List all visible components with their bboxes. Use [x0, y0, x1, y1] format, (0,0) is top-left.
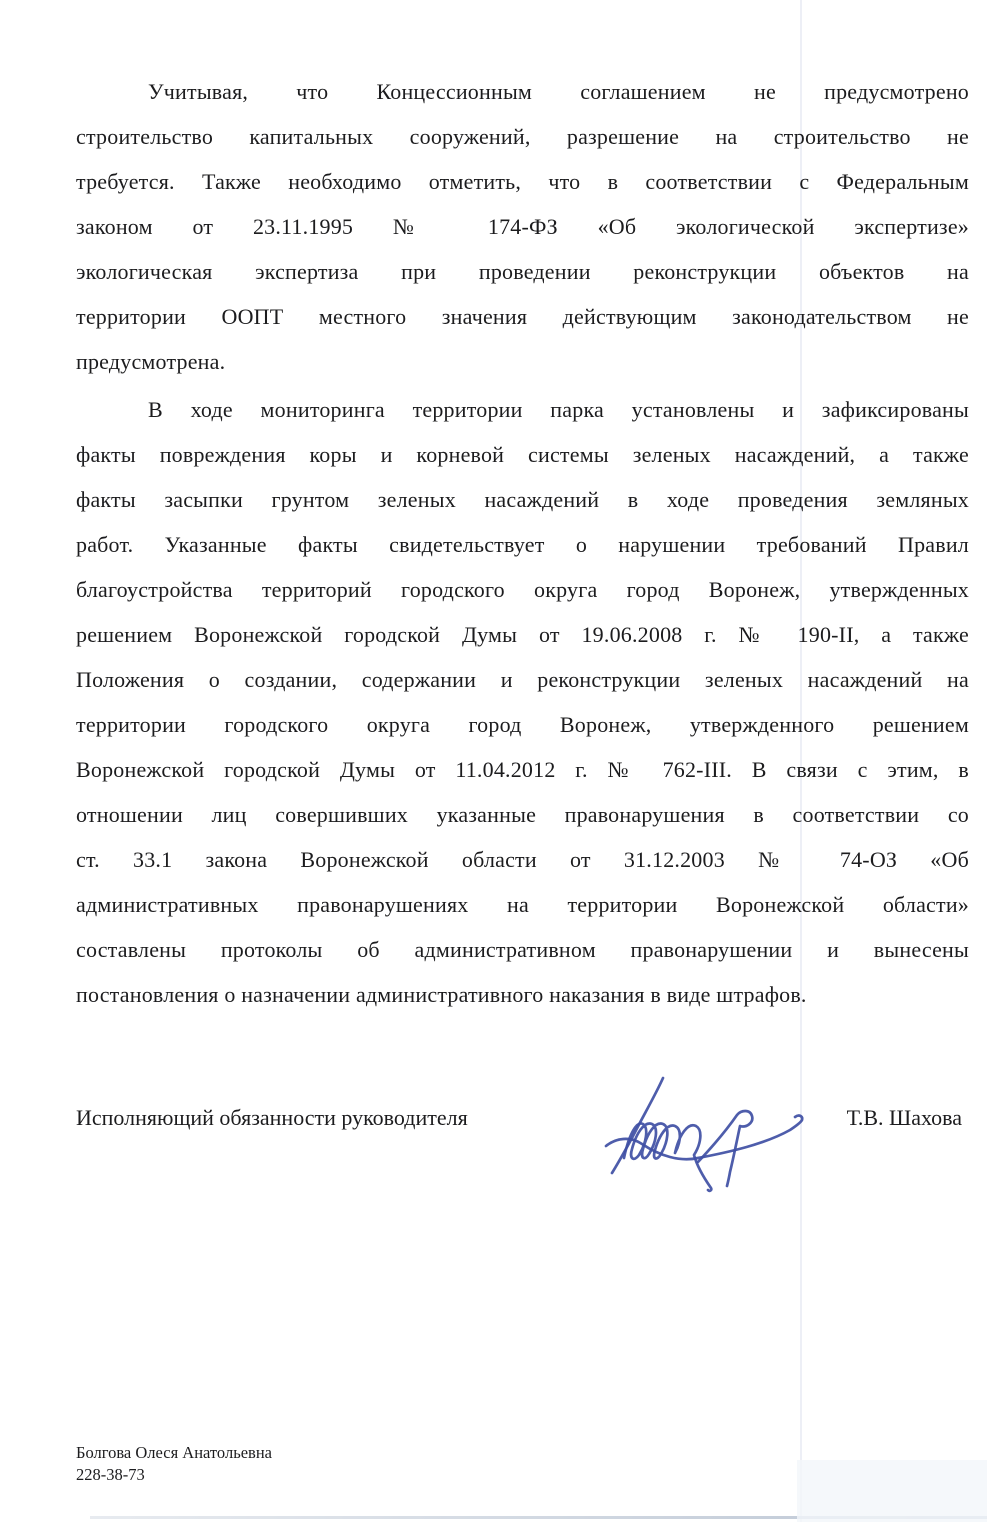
text-line: законом от 23.11.1995 № 174-ФЗ «Об эколо…: [76, 204, 969, 249]
scan-corner-tint: [797, 1460, 987, 1522]
text-line: Учитывая, что Концессионным соглашением …: [76, 69, 969, 114]
text-line: составлены протоколы об административном…: [76, 927, 969, 972]
text-line: административных правонарушениях на терр…: [76, 882, 969, 927]
text-line: решением Воронежской городской Думы от 1…: [76, 612, 969, 657]
text-line: ст. 33.1 закона Воронежской области от 3…: [76, 837, 969, 882]
text-line: В ходе мониторинга территории парка уста…: [76, 387, 969, 432]
text-line: факты повреждения коры и корневой систем…: [76, 432, 969, 477]
executor-footer: Болгова Олеся Анатольевна 228-38-73: [76, 1442, 272, 1485]
text-line: отношении лиц совершивших указанные прав…: [76, 792, 969, 837]
signatory-name: Т.В. Шахова: [847, 1104, 962, 1132]
text-line: экологическая экспертиза при проведении …: [76, 249, 969, 294]
paragraph-monitoring: В ходе мониторинга территории парка уста…: [76, 387, 969, 1017]
text-line: работ. Указанные факты свидетельствует о…: [76, 522, 969, 567]
signature-block: Исполняющий обязанности руководителя Т.В…: [76, 1104, 962, 1132]
text-line: предусмотрена.: [76, 339, 969, 384]
text-line: факты засыпки грунтом зеленых насаждений…: [76, 477, 969, 522]
scanned-letter-page: Учитывая, что Концессионным соглашением …: [0, 0, 987, 1522]
text-line: территории городского округа город Ворон…: [76, 702, 969, 747]
text-line: Воронежской городской Думы от 11.04.2012…: [76, 747, 969, 792]
executor-name: Болгова Олеся Анатольевна: [76, 1442, 272, 1464]
signatory-position-label: Исполняющий обязанности руководителя: [76, 1104, 468, 1132]
handwritten-signature: [580, 1060, 820, 1260]
text-line: территории ООПТ местного значения действ…: [76, 294, 969, 339]
paragraph-concession: Учитывая, что Концессионным соглашением …: [76, 69, 969, 384]
text-line: строительство капитальных сооружений, ра…: [76, 114, 969, 159]
text-line: благоустройства территорий городского ок…: [76, 567, 969, 612]
text-line: постановления о назначении административ…: [76, 972, 969, 1017]
text-line: требуется. Также необходимо отметить, чт…: [76, 159, 969, 204]
executor-phone: 228-38-73: [76, 1464, 272, 1486]
text-line: Положения о создании, содержании и рекон…: [76, 657, 969, 702]
letter-body: Учитывая, что Концессионным соглашением …: [76, 69, 969, 1017]
